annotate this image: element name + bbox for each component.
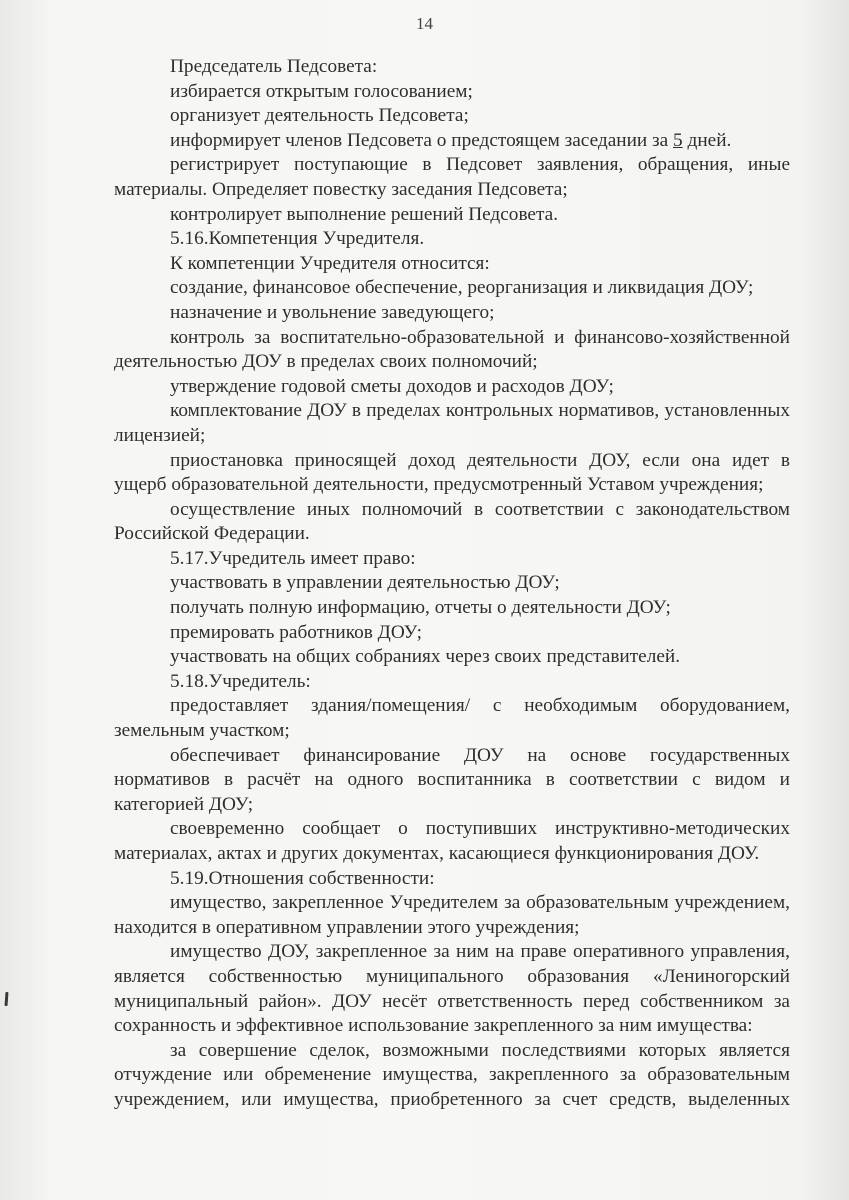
paragraph: участвовать в управлении деятельностью Д… bbox=[114, 571, 790, 596]
paragraph: Председатель Педсовета: bbox=[114, 55, 790, 80]
section-heading-5-18: 5.18.Учредитель: bbox=[114, 670, 790, 695]
section-heading-5-16: 5.16.Компетенция Учредителя. bbox=[114, 227, 790, 252]
paragraph-with-underline: информирует членов Педсовета о предстоящ… bbox=[114, 129, 790, 154]
paragraph: за совершение сделок, возможными последс… bbox=[114, 1039, 790, 1113]
paragraph: имущество ДОУ, закрепленное за ним на пр… bbox=[114, 940, 790, 1038]
paragraph: назначение и увольнение заведующего; bbox=[114, 301, 790, 326]
paragraph: участвовать на общих собраниях через сво… bbox=[114, 645, 790, 670]
document-body: Председатель Педсовета: избирается откры… bbox=[114, 55, 790, 1113]
paragraph: имущество, закрепленное Учредителем за о… bbox=[114, 891, 790, 940]
paragraph: комплектование ДОУ в пределах контрольны… bbox=[114, 399, 790, 448]
paragraph: получать полную информацию, отчеты о дея… bbox=[114, 596, 790, 621]
paragraph: своевременно сообщает о поступивших инст… bbox=[114, 817, 790, 866]
paragraph: контролирует выполнение решений Педсовет… bbox=[114, 203, 790, 228]
paragraph: премировать работников ДОУ; bbox=[114, 621, 790, 646]
scan-margin-mark bbox=[5, 992, 9, 1006]
paragraph: избирается открытым голосованием; bbox=[114, 80, 790, 105]
section-heading-5-17: 5.17.Учредитель имеет право: bbox=[114, 547, 790, 572]
scanned-document-page: 14 Председатель Педсовета: избирается от… bbox=[0, 0, 849, 1200]
paragraph: утверждение годовой сметы доходов и расх… bbox=[114, 375, 790, 400]
paragraph: регистрирует поступающие в Педсовет заяв… bbox=[114, 153, 790, 202]
paragraph: организует деятельность Педсовета; bbox=[114, 104, 790, 129]
page-number: 14 bbox=[0, 14, 849, 34]
paragraph: приостановка приносящей доход деятельнос… bbox=[114, 449, 790, 498]
text-fragment: информирует членов Педсовета о предстоящ… bbox=[170, 130, 673, 151]
paragraph: обеспечивает финансирование ДОУ на основ… bbox=[114, 744, 790, 818]
paragraph: предоставляет здания/помещения/ с необхо… bbox=[114, 694, 790, 743]
paragraph: К компетенции Учредителя относится: bbox=[114, 252, 790, 277]
section-heading-5-19: 5.19.Отношения собственности: bbox=[114, 867, 790, 892]
text-fragment: дней. bbox=[683, 130, 732, 151]
underlined-number: 5 bbox=[673, 130, 683, 151]
paragraph: осуществление иных полномочий в соответс… bbox=[114, 498, 790, 547]
paragraph: создание, финансовое обеспечение, реорга… bbox=[114, 276, 790, 301]
paragraph: контроль за воспитательно-образовательно… bbox=[114, 326, 790, 375]
